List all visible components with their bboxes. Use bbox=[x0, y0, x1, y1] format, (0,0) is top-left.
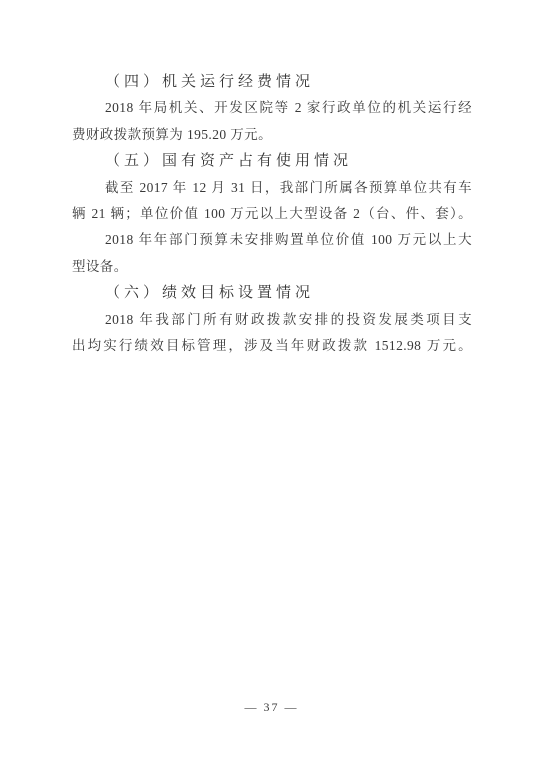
paragraph-line: 辆 21 辆；单位价值 100 万元以上大型设备 2（台、件、套）。 bbox=[72, 201, 472, 227]
section-heading-performance-targets: （六）绩效目标设置情况 bbox=[72, 280, 472, 306]
section-heading-state-assets: （五）国有资产占有使用情况 bbox=[72, 148, 472, 174]
paragraph-line: 2018 年年部门预算未安排购置单位价值 100 万元以上大 bbox=[72, 227, 472, 253]
paragraph-line: 出均实行绩效目标管理，涉及当年财政拨款 1512.98 万元。 bbox=[72, 333, 472, 359]
document-body: （四）机关运行经费情况 2018 年局机关、开发区院等 2 家行政单位的机关运行… bbox=[72, 69, 472, 359]
paragraph-line: 型设备。 bbox=[72, 254, 472, 280]
paragraph-line: 费财政拨款预算为 195.20 万元。 bbox=[72, 122, 472, 148]
paragraph-line: 2018 年局机关、开发区院等 2 家行政单位的机关运行经 bbox=[72, 95, 472, 121]
section-heading-org-operating-expenses: （四）机关运行经费情况 bbox=[72, 69, 472, 95]
paragraph-line: 截至 2017 年 12 月 31 日，我部门所属各预算单位共有车 bbox=[72, 175, 472, 201]
page-number: — 37 — bbox=[245, 700, 299, 714]
document-page: （四）机关运行经费情况 2018 年局机关、开发区院等 2 家行政单位的机关运行… bbox=[0, 0, 543, 768]
page-footer: — 37 — bbox=[0, 698, 543, 716]
paragraph-line: 2018 年我部门所有财政拨款安排的投资发展类项目支 bbox=[72, 307, 472, 333]
